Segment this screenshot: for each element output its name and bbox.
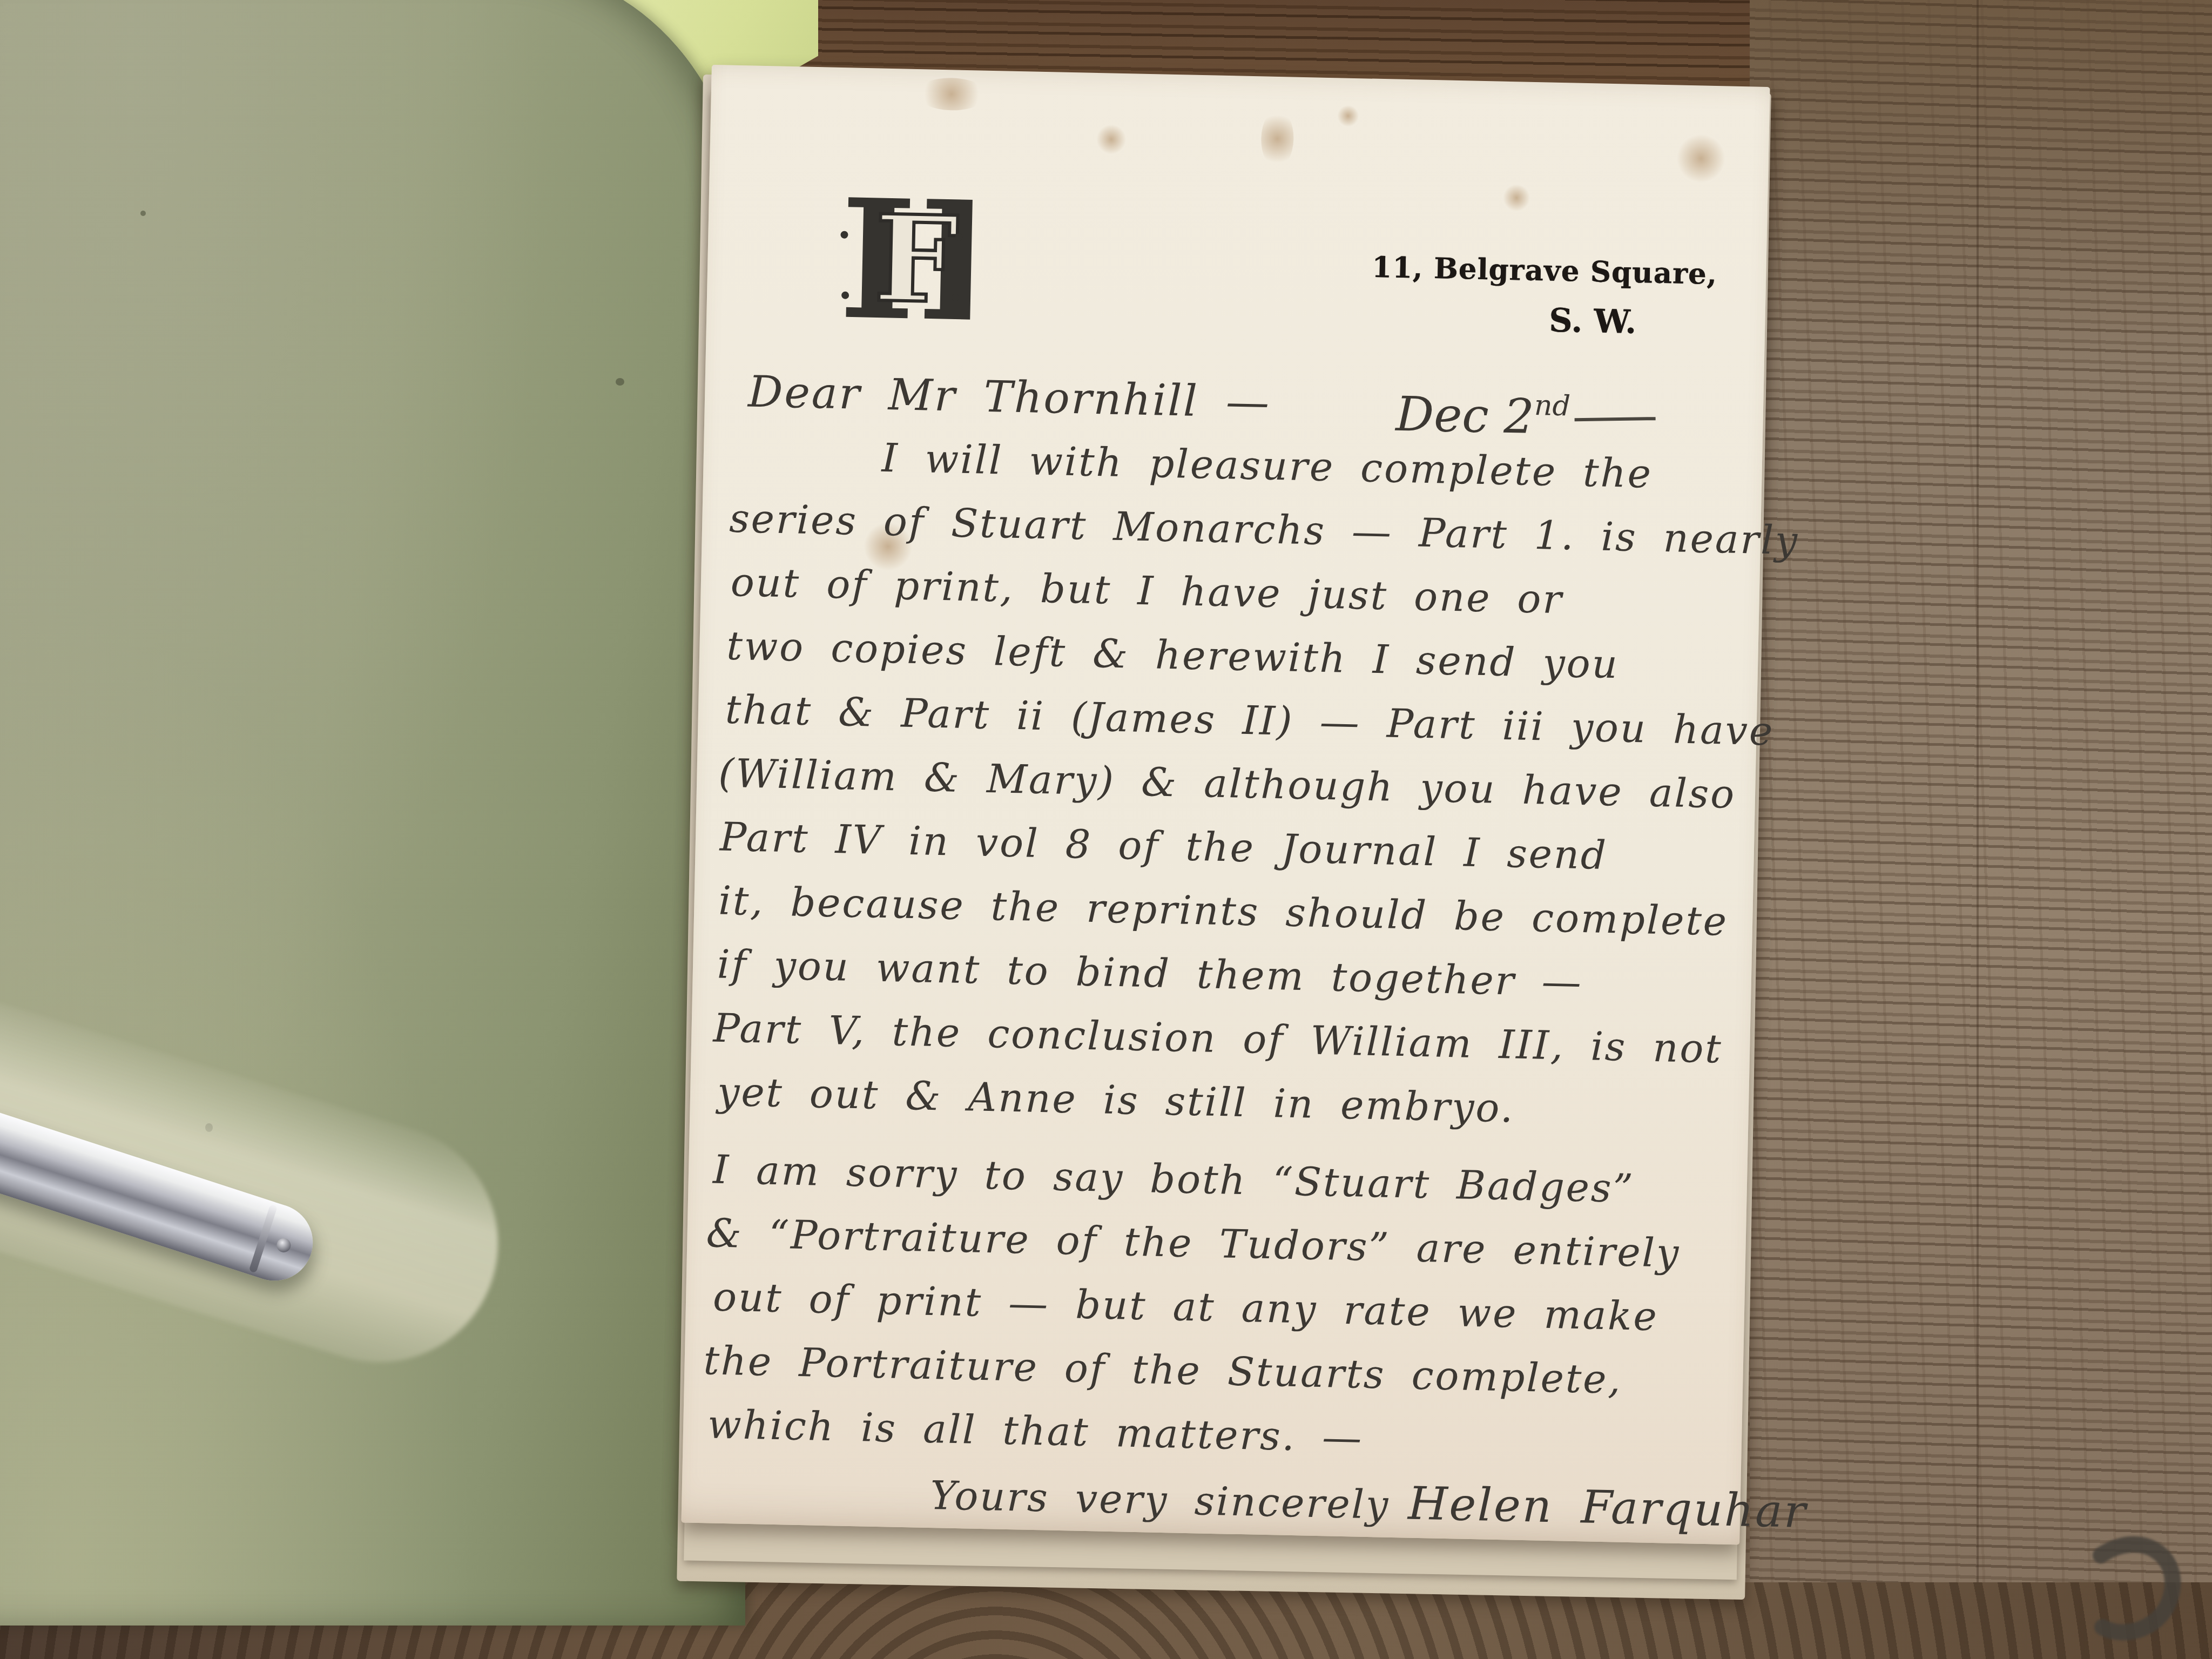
foxing-spot [1337,105,1359,127]
foxing-spot [1676,133,1726,183]
closing-phrase: Yours very sincerely [930,1473,1390,1528]
speck [140,211,146,216]
letter-body: Dear Mr Thornhill — I will with pleasure… [697,360,1753,1545]
monogram-hf: H F [829,167,973,356]
photo-scene: H F 11, Belgrave Square, S. W. Dec 2nd D… [0,0,2212,1659]
plank-seam [1977,0,1979,1659]
foxing-stain [1260,109,1294,168]
signature: Helen Farquhar [1407,1477,1808,1538]
wood-knot-mark [2071,1526,2195,1653]
wood-table-right [1750,0,2212,1659]
foxing-spot [1503,184,1530,212]
album-left-page [0,0,745,1626]
body-lines-list: I will with pleasure complete theseries … [699,423,1752,1478]
letter-page: H F 11, Belgrave Square, S. W. Dec 2nd D… [681,65,1770,1545]
speck [616,378,624,386]
foxing-stain [916,77,987,111]
pen-cap-seam [249,1204,278,1273]
printed-letterhead: 11, Belgrave Square, S. W. [1371,251,1707,343]
monogram-letter-f: F [873,188,960,330]
letterhead-district: S. W. [1371,298,1706,343]
foxing-spot [1096,124,1127,154]
letterhead-address: 11, Belgrave Square, [1372,251,1707,291]
pen-clip-dot [275,1237,293,1255]
